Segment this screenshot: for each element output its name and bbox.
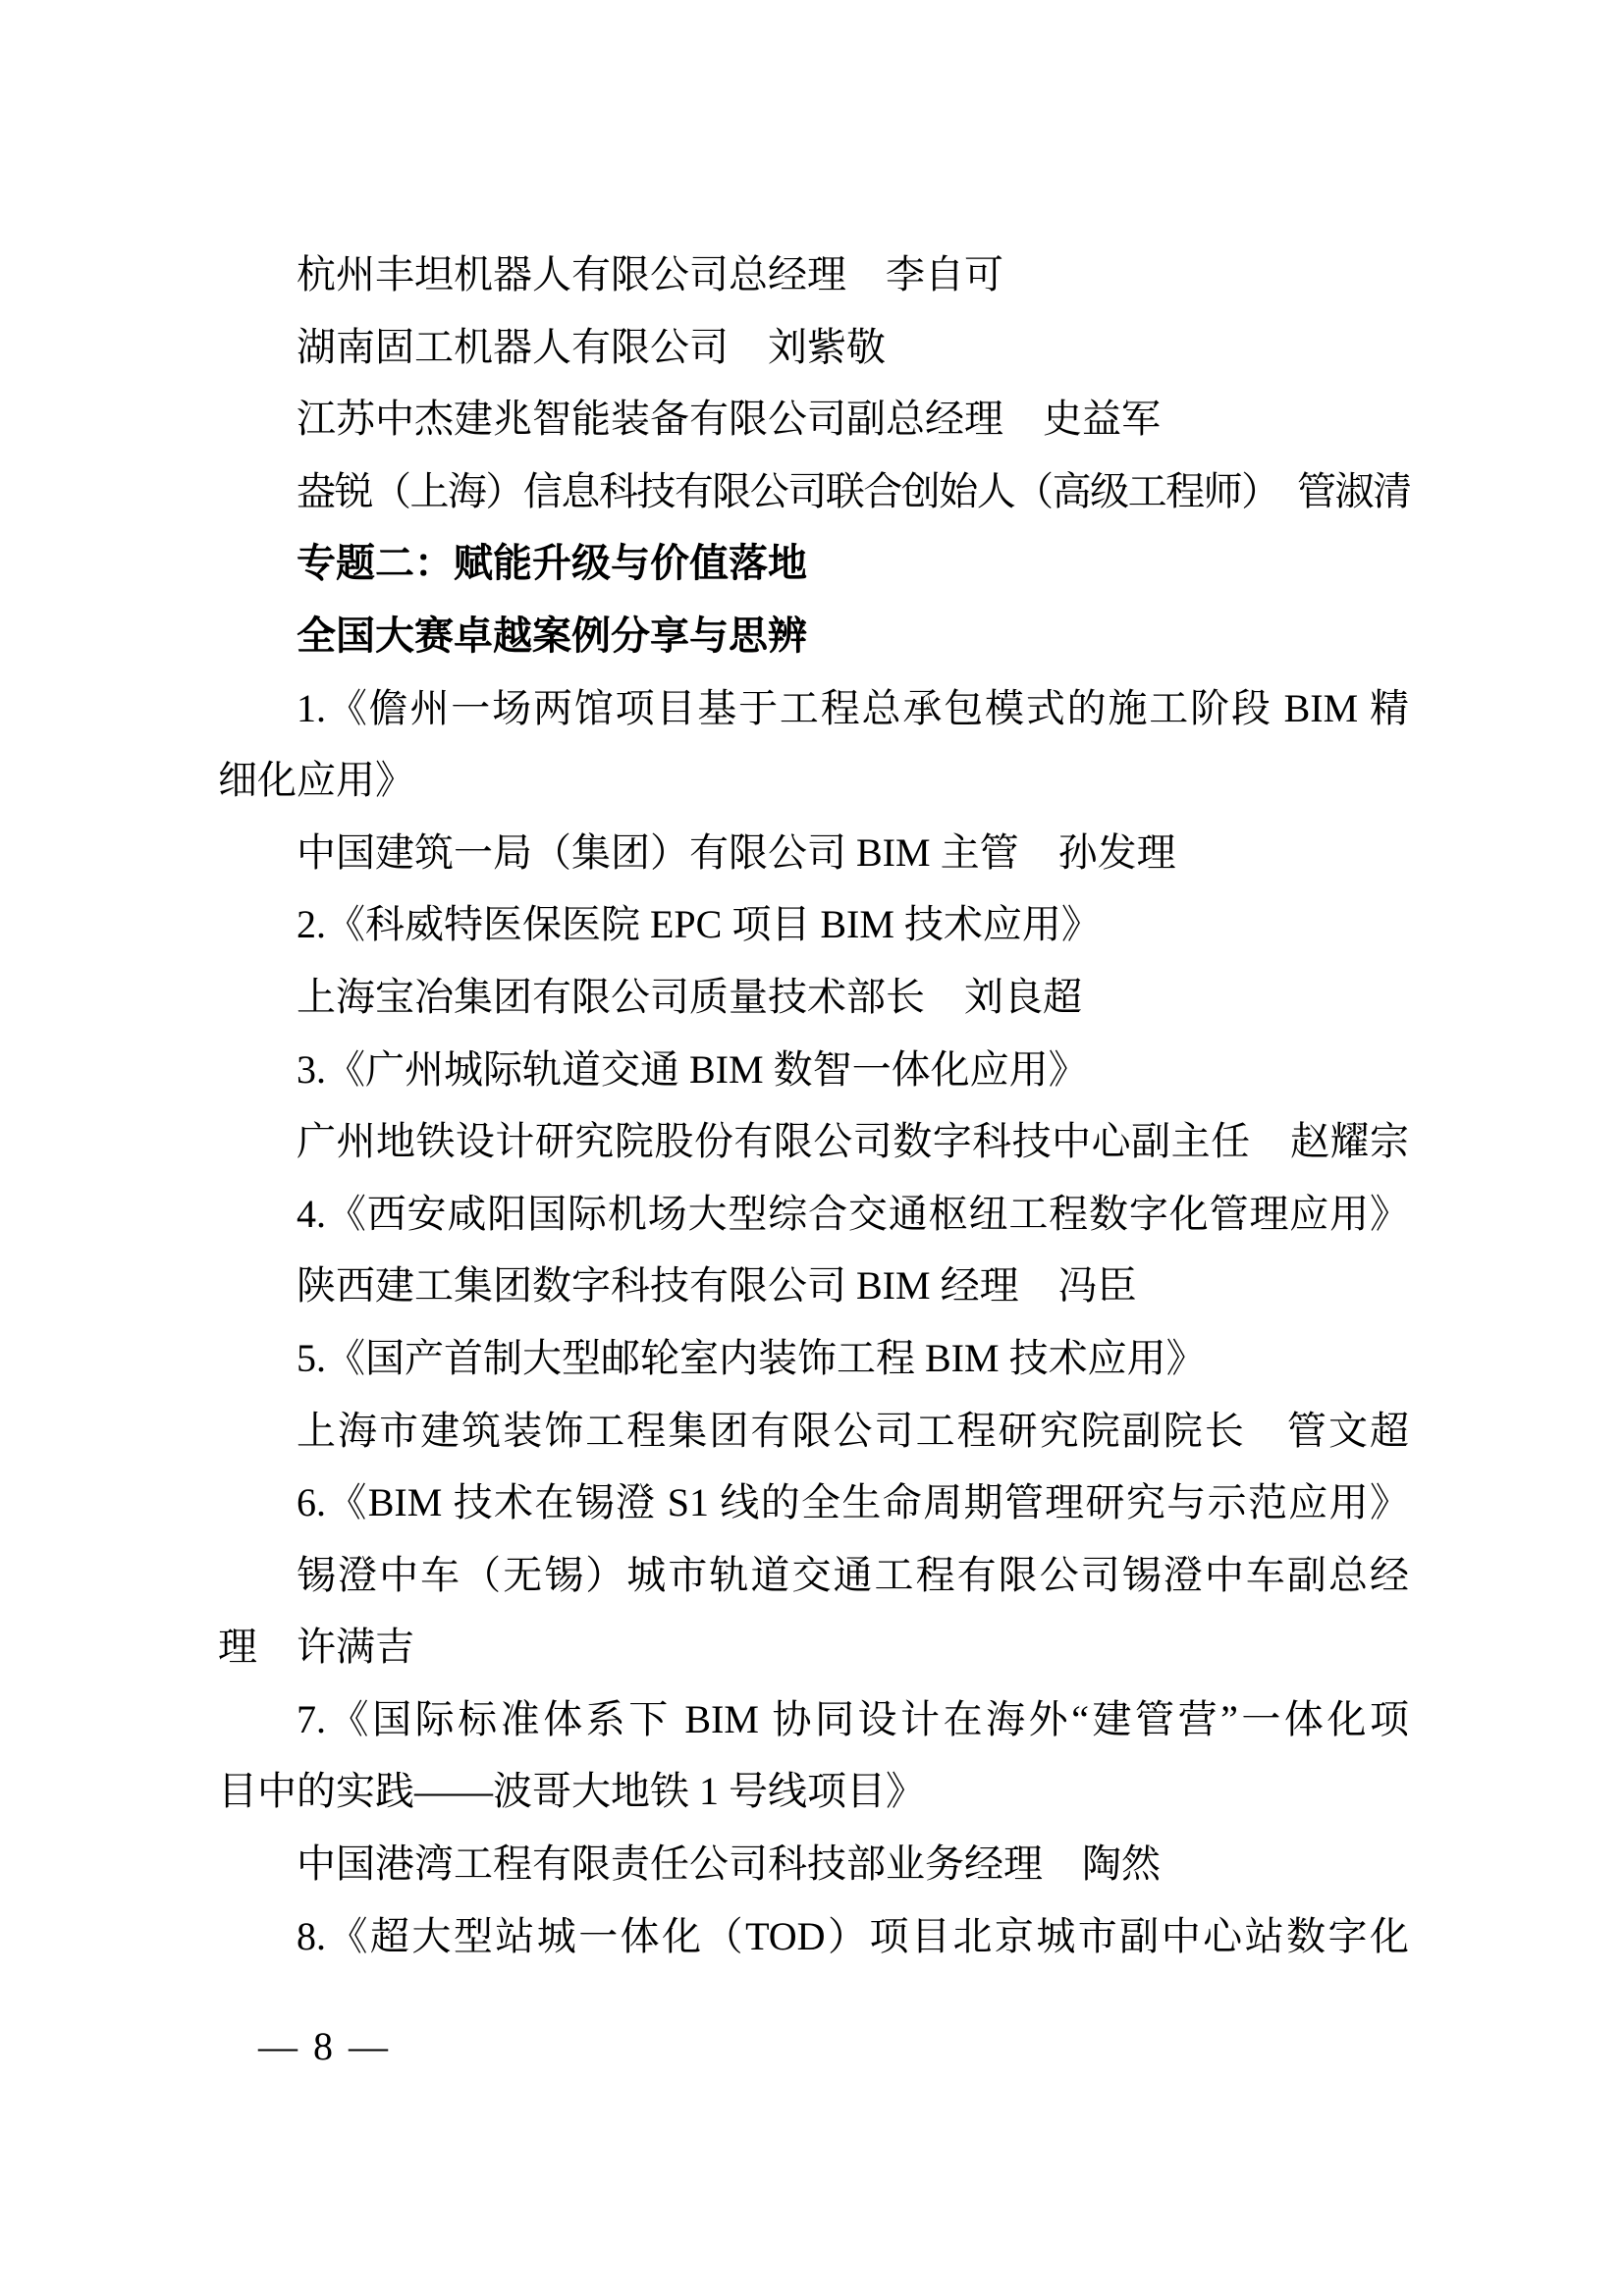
page-number: — 8 — bbox=[258, 2022, 391, 2071]
speaker-line: 湖南固工机器人有限公司 刘紫敬 bbox=[218, 311, 1409, 384]
case-title-line: 1.《儋州一场两馆项目基于工程总承包模式的施工阶段 BIM 精 bbox=[218, 672, 1409, 745]
case-title-line: 8.《超大型站城一体化（TOD）项目北京城市副中心站数字化 bbox=[218, 1900, 1409, 1973]
document-page: 杭州丰坦机器人有限公司总经理 李自可 湖南固工机器人有限公司 刘紫敬 江苏中杰建… bbox=[218, 239, 1409, 1972]
speaker-line: 盎锐（上海）信息科技有限公司联合创始人（高级工程师） 管淑清 bbox=[218, 455, 1409, 528]
speaker-line: 上海宝冶集团有限公司质量技术部长 刘良超 bbox=[218, 961, 1409, 1034]
case-title-line: 6.《BIM 技术在锡澄 S1 线的全生命周期管理研究与示范应用》 bbox=[218, 1467, 1409, 1539]
section-heading-topic2: 专题二：赋能升级与价值落地 bbox=[218, 527, 1409, 600]
speaker-line: 江苏中杰建兆智能装备有限公司副总经理 史益军 bbox=[218, 383, 1409, 455]
speaker-line: 陕西建工集团数字科技有限公司 BIM 经理 冯臣 bbox=[218, 1250, 1409, 1322]
speaker-line: 广州地铁设计研究院股份有限公司数字科技中心副主任 赵耀宗 bbox=[218, 1105, 1409, 1178]
case-title-continuation: 细化应用》 bbox=[218, 744, 1409, 817]
speaker-line: 上海市建筑装饰工程集团有限公司工程研究院副院长 管文超 bbox=[218, 1395, 1409, 1468]
case-title-line: 4.《西安咸阳国际机场大型综合交通枢纽工程数字化管理应用》 bbox=[218, 1178, 1409, 1251]
speaker-line: 锡澄中车（无锡）城市轨道交通工程有限公司锡澄中车副总经 bbox=[218, 1539, 1409, 1612]
speaker-line: 中国建筑一局（集团）有限公司 BIM 主管 孙发理 bbox=[218, 817, 1409, 889]
speaker-line: 杭州丰坦机器人有限公司总经理 李自可 bbox=[218, 239, 1409, 311]
case-title-line: 3.《广州城际轨道交通 BIM 数智一体化应用》 bbox=[218, 1034, 1409, 1106]
case-title-line: 7.《国际标准体系下 BIM 协同设计在海外“建管营”一体化项 bbox=[218, 1683, 1409, 1756]
section-heading-subtitle: 全国大赛卓越案例分享与思辨 bbox=[218, 600, 1409, 672]
case-title-line: 5.《国产首制大型邮轮室内装饰工程 BIM 技术应用》 bbox=[218, 1322, 1409, 1395]
speaker-line-continuation: 理 许满吉 bbox=[218, 1611, 1409, 1683]
case-title-line: 2.《科威特医保医院 EPC 项目 BIM 技术应用》 bbox=[218, 888, 1409, 961]
case-title-continuation: 目中的实践——波哥大地铁 1 号线项目》 bbox=[218, 1755, 1409, 1828]
speaker-line: 中国港湾工程有限责任公司科技部业务经理 陶然 bbox=[218, 1828, 1409, 1900]
